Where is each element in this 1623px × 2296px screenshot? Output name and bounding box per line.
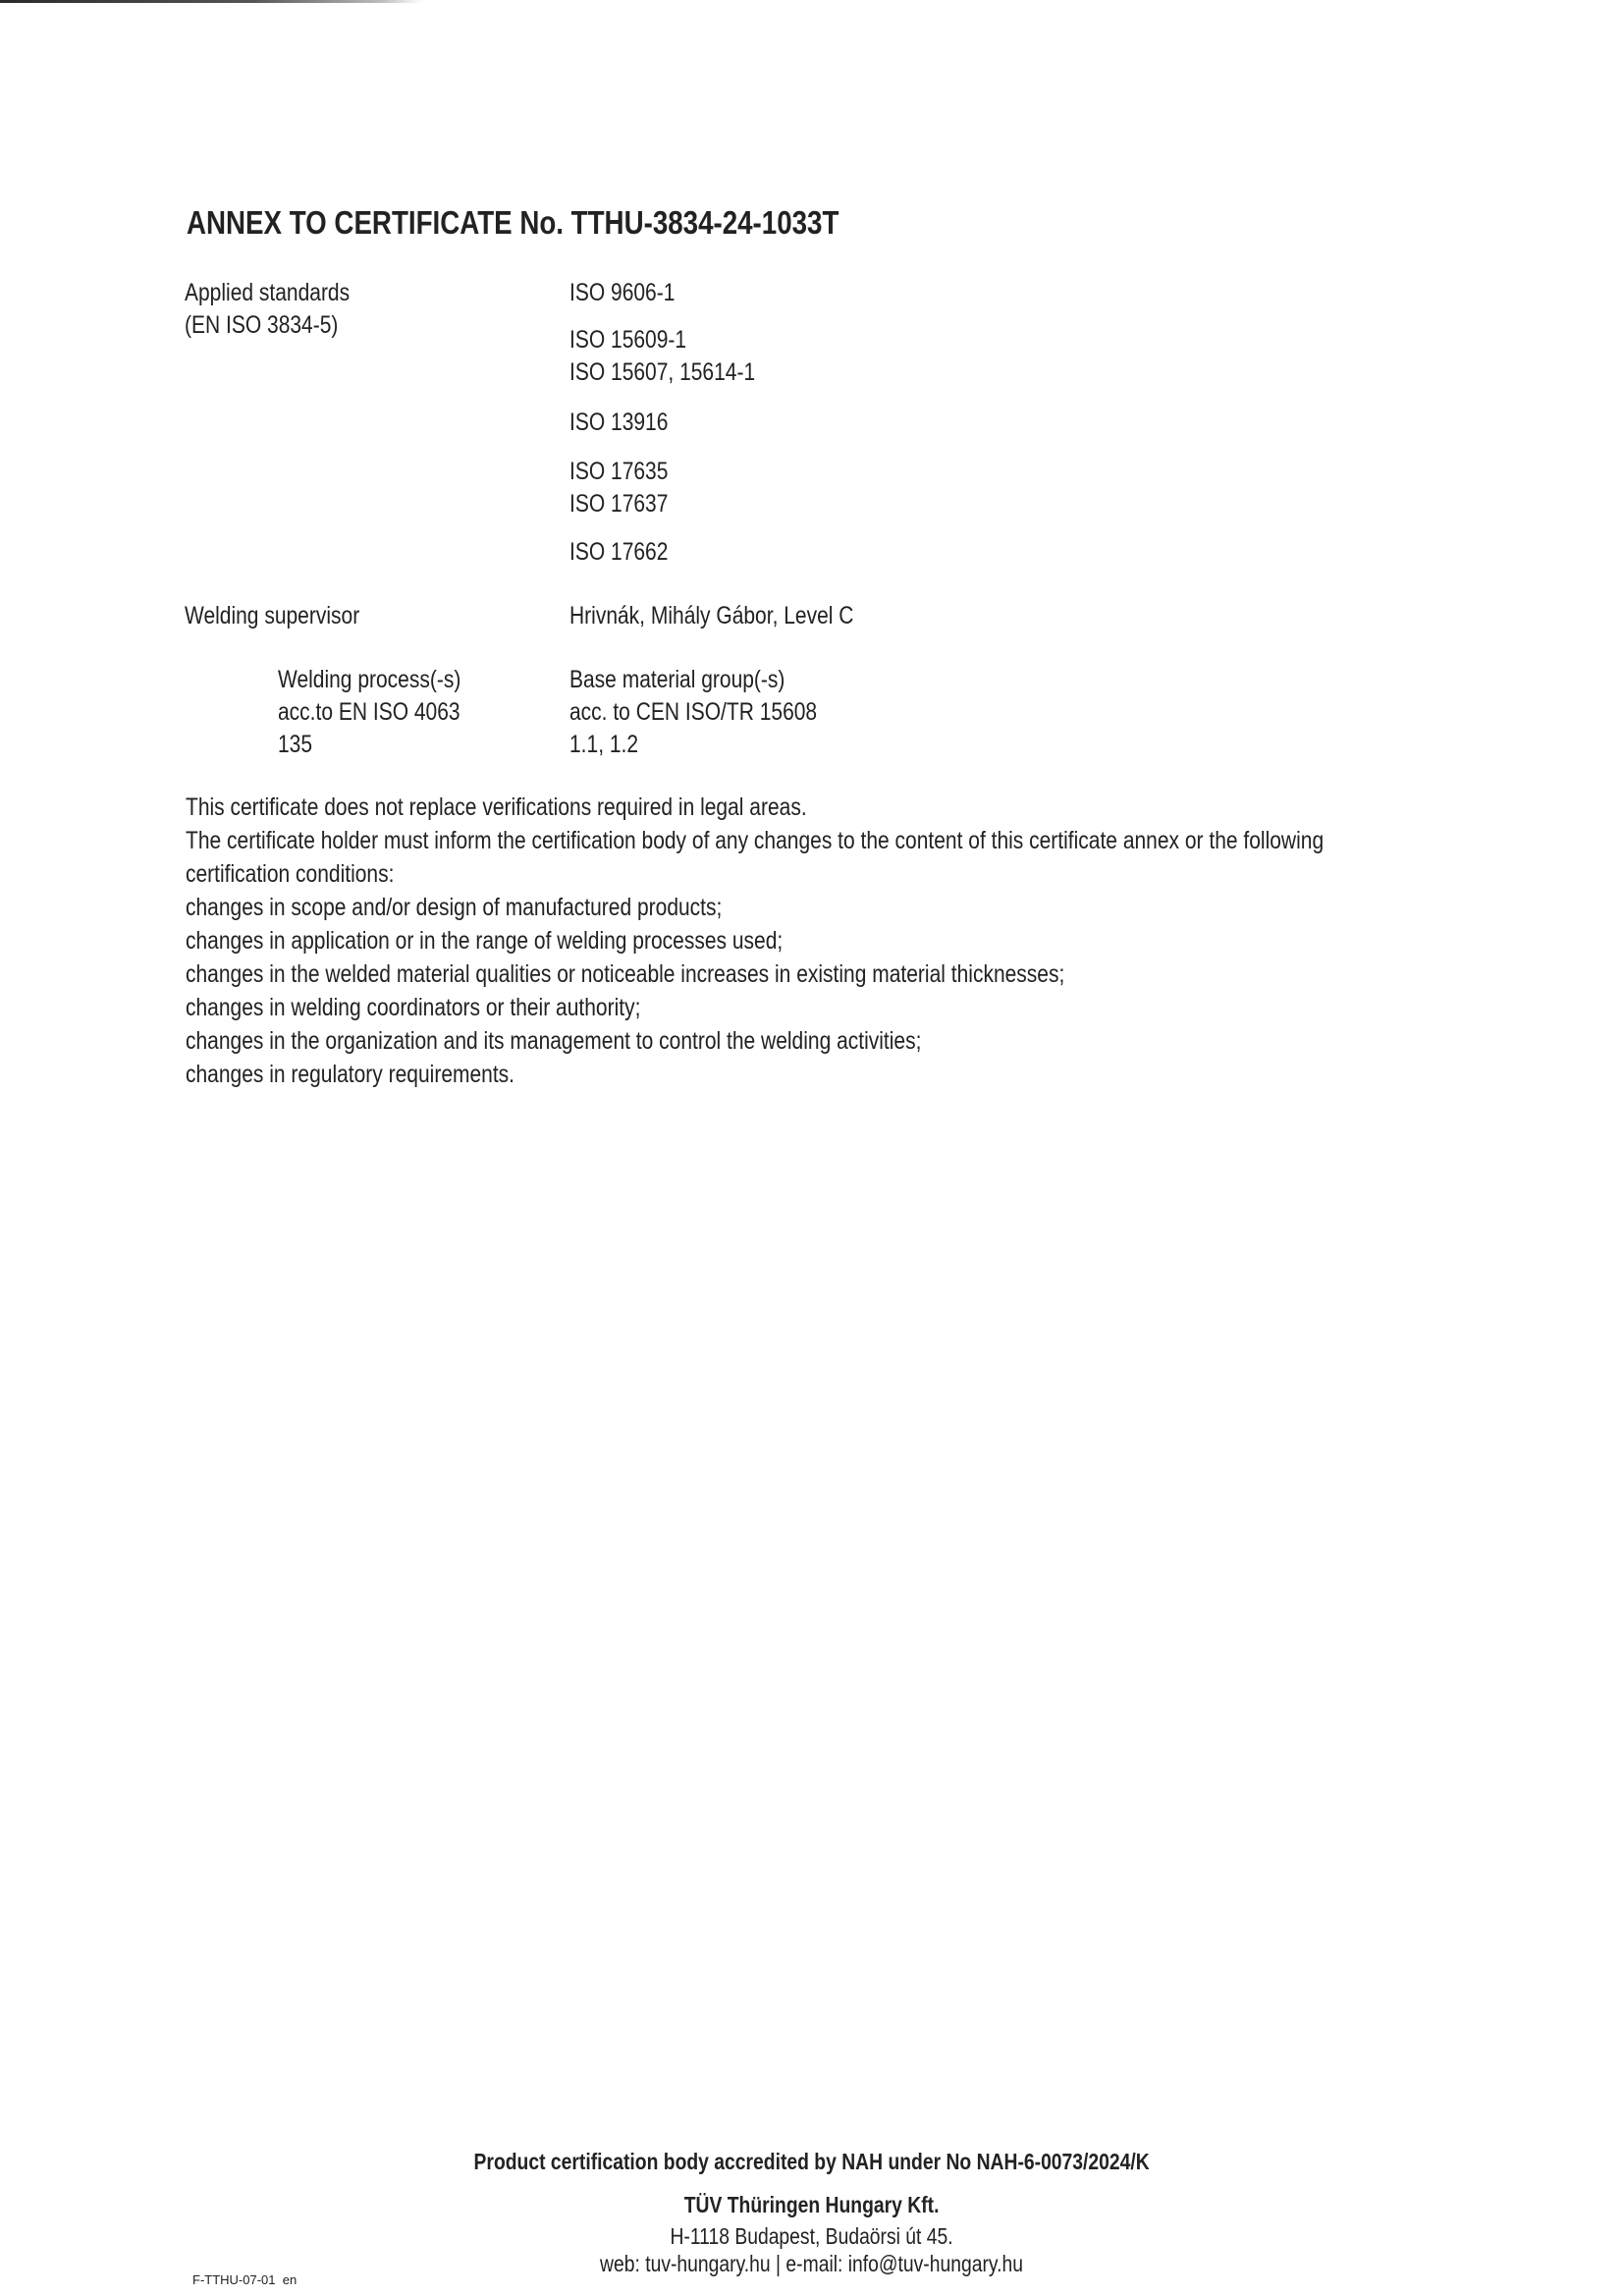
footer-address: H-1118 Budapest, Budaörsi út 45. <box>0 2223 1623 2250</box>
welding-supervisor-name: Hrivnák, Mihály Gábor, Level C <box>569 600 853 632</box>
welding-supervisor-value: Hrivnák, Mihály Gábor, Level C <box>569 600 908 632</box>
company-contact: web: tuv-hungary.hu | e-mail: info@tuv-h… <box>600 2251 1023 2277</box>
standard-group: ISO 17662 <box>569 536 687 569</box>
certificate-number-title: ANNEX TO CERTIFICATE No. TTHU-3834-24-10… <box>187 204 839 242</box>
condition-item: changes in scope and/or design of manufa… <box>186 891 722 924</box>
base-material-header: Base material group(-s) <box>569 664 784 696</box>
welding-supervisor-label: Welding supervisor <box>185 600 393 632</box>
certificate-conditions: This certificate does not replace verifi… <box>186 791 1541 1091</box>
standard-item: ISO 17637 <box>569 488 668 520</box>
welding-process-value: 135 <box>278 729 312 761</box>
standard-item: ISO 15609-1 <box>569 324 686 356</box>
standard-group: ISO 15609-1 ISO 15607, 15614-1 <box>569 324 790 389</box>
welding-process-header: Welding process(-s) <box>278 664 460 696</box>
form-code: F-TTHU-07-01 en <box>192 2272 297 2287</box>
applied-standards-label-line1: Applied standards <box>185 277 350 309</box>
base-material-block: Base material group(-s) acc. to CEN ISO/… <box>569 664 864 761</box>
welding-process-block: Welding process(-s) acc.to EN ISO 4063 1… <box>278 664 496 761</box>
scan-edge-artifact <box>0 0 422 3</box>
condition-item: changes in the organization and its mana… <box>186 1024 921 1058</box>
standard-group: ISO 13916 <box>569 407 687 439</box>
standard-item: ISO 13916 <box>569 407 668 439</box>
welding-process-standard: acc.to EN ISO 4063 <box>278 696 460 729</box>
company-address: H-1118 Budapest, Budaörsi út 45. <box>670 2223 952 2250</box>
standard-item: ISO 15607, 15614-1 <box>569 356 755 389</box>
body-line: This certificate does not replace verifi… <box>186 791 807 824</box>
standard-group: ISO 17635 ISO 17637 <box>569 456 687 520</box>
standard-item: ISO 17635 <box>569 456 668 488</box>
page-title: ANNEX TO CERTIFICATE No. TTHU-3834-24-10… <box>187 204 963 242</box>
base-material-standard: acc. to CEN ISO/TR 15608 <box>569 696 817 729</box>
accreditation-text: Product certification body accredited by… <box>473 2149 1149 2175</box>
condition-item: changes in welding coordinators or their… <box>186 991 640 1024</box>
base-material-value: 1.1, 1.2 <box>569 729 638 761</box>
standard-group: ISO 9606-1 <box>569 277 695 309</box>
standard-item: ISO 9606-1 <box>569 277 675 309</box>
condition-item: changes in regulatory requirements. <box>186 1058 514 1091</box>
body-line: certification conditions: <box>186 857 394 891</box>
applied-standards-label: Applied standards (EN ISO 3834-5) <box>185 277 381 342</box>
applied-standards-label-line2: (EN ISO 3834-5) <box>185 309 338 342</box>
welding-supervisor-label-text: Welding supervisor <box>185 600 359 632</box>
form-code-text: F-TTHU-07-01 en <box>192 2272 297 2287</box>
body-line: The certificate holder must inform the c… <box>186 824 1324 857</box>
condition-item: changes in application or in the range o… <box>186 924 783 957</box>
footer-company: TÜV Thüringen Hungary Kft. <box>0 2192 1623 2218</box>
company-name: TÜV Thüringen Hungary Kft. <box>684 2192 940 2218</box>
standard-item: ISO 17662 <box>569 536 668 569</box>
footer-accreditation: Product certification body accredited by… <box>0 2149 1623 2175</box>
condition-item: changes in the welded material qualities… <box>186 957 1064 991</box>
